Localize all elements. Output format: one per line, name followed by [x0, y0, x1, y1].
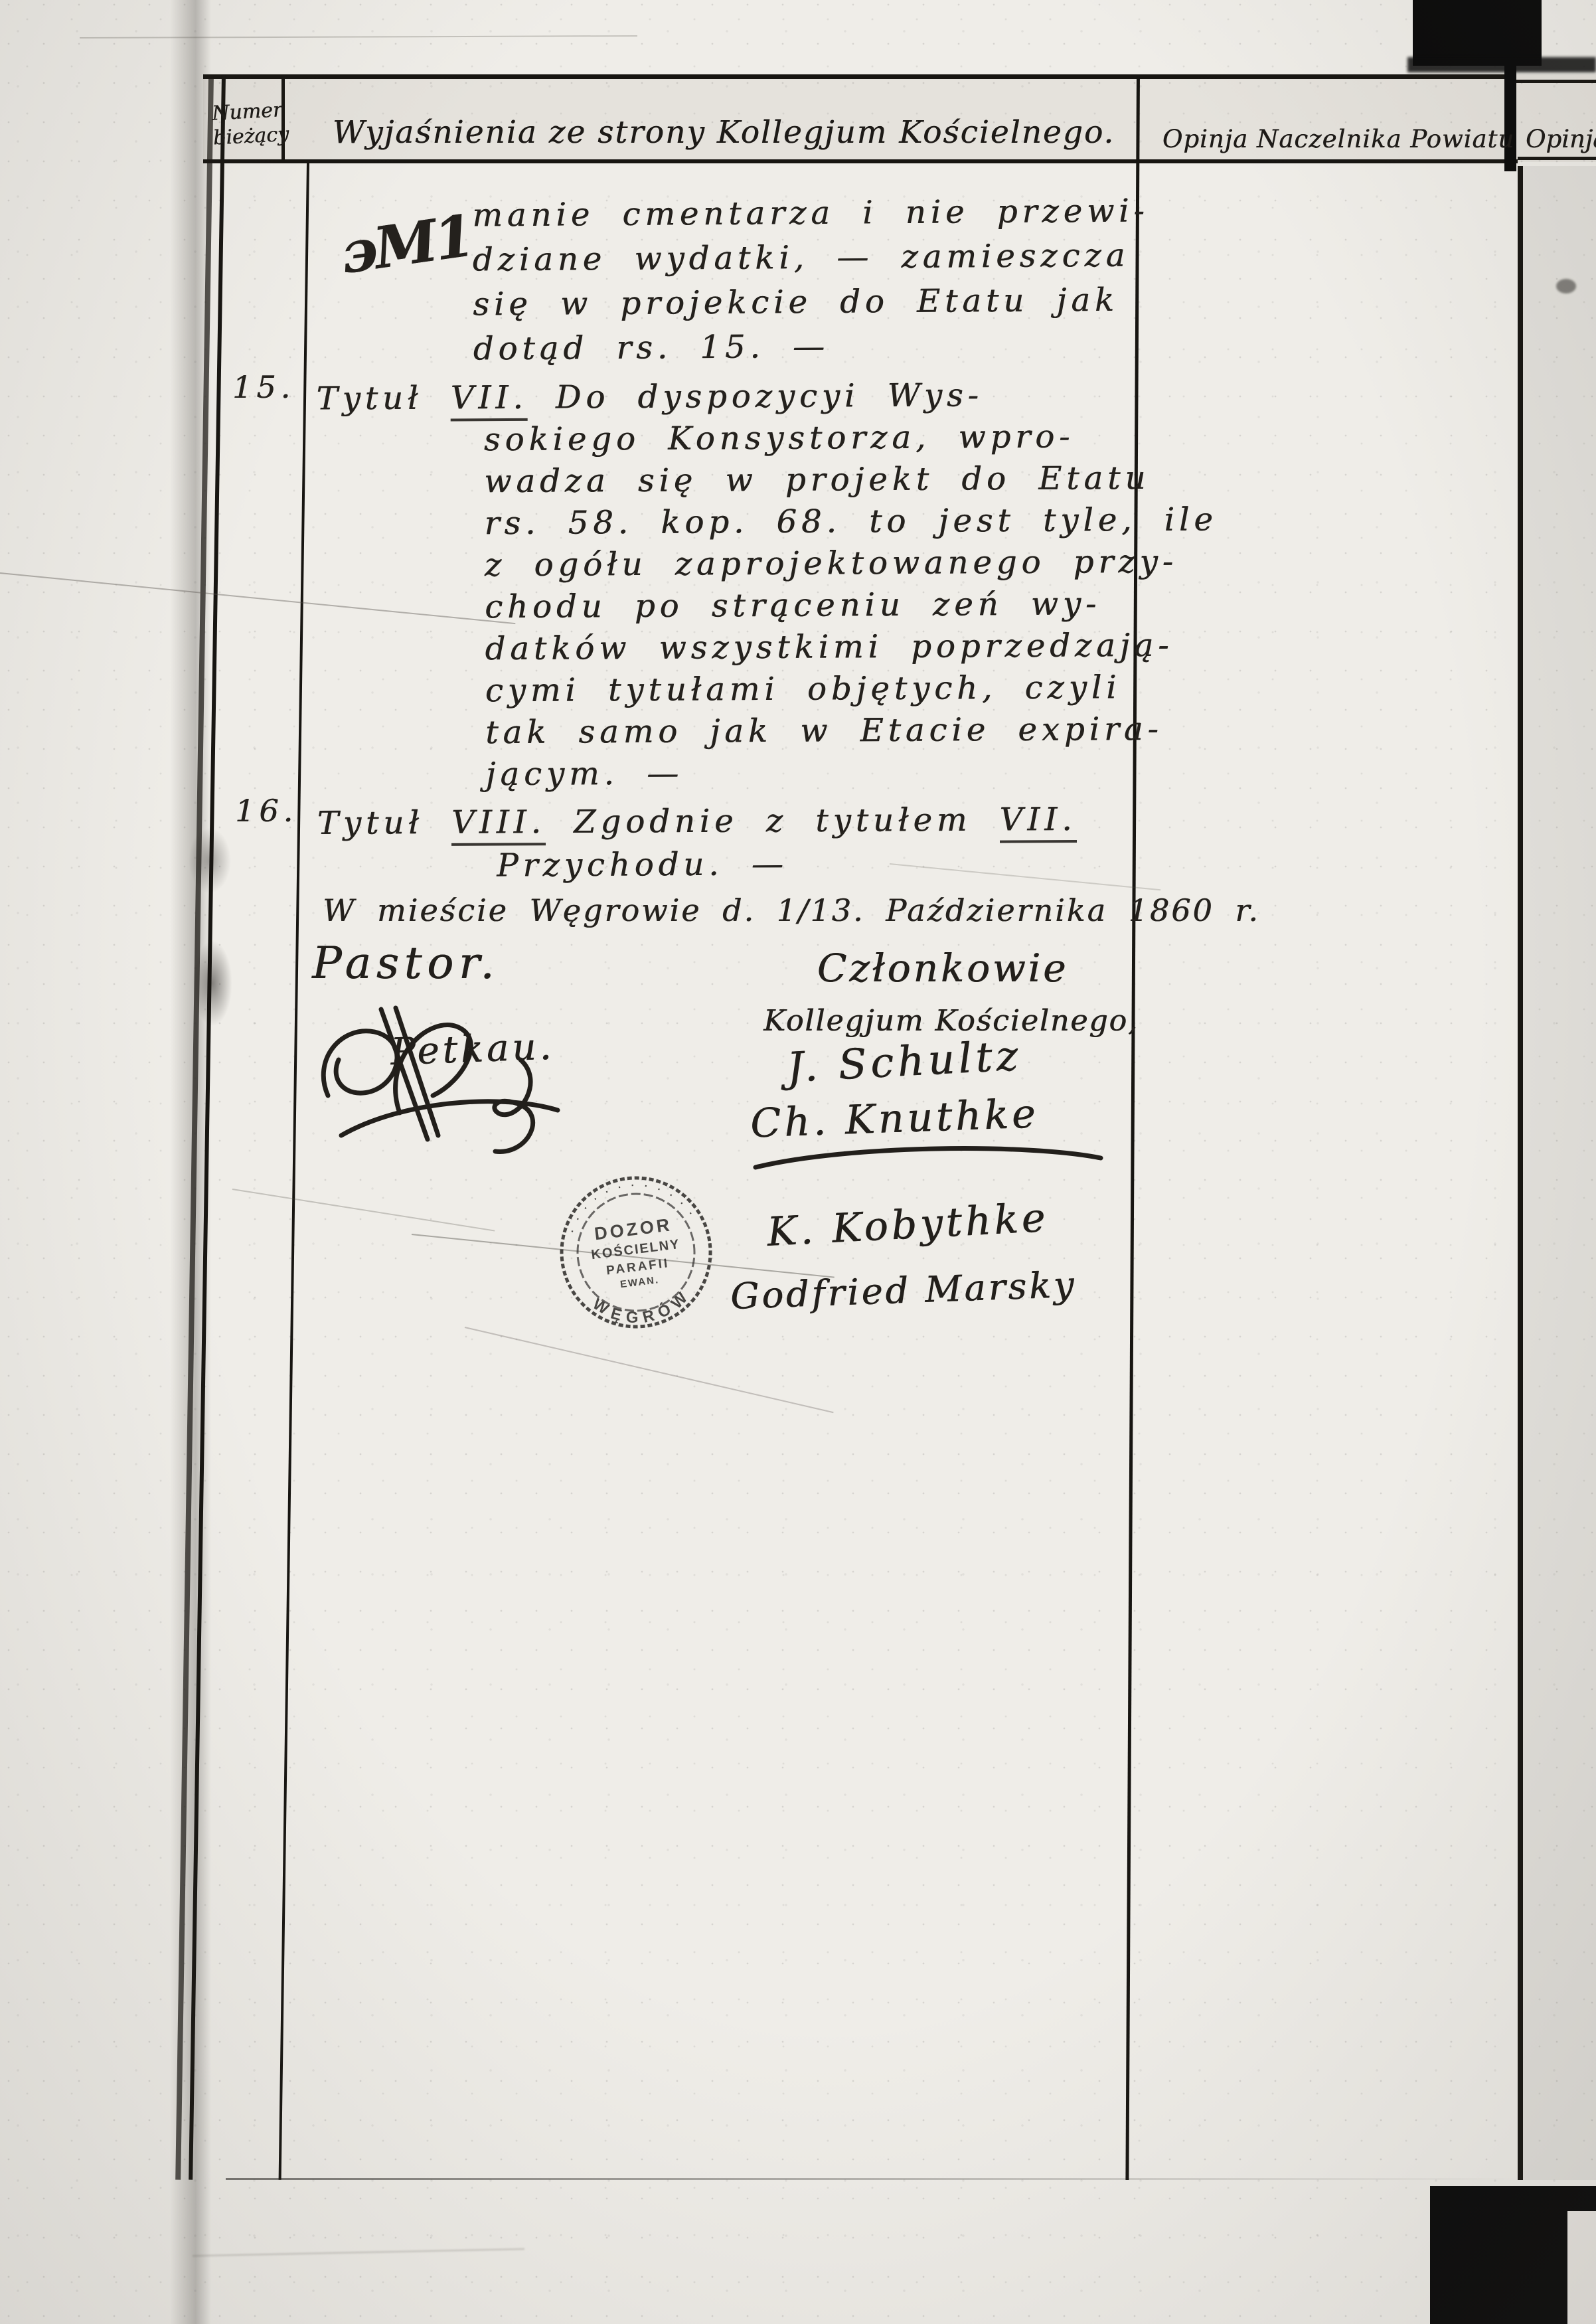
manuscript-line: Tytuł VII. Do dyspozycyi Wys-: [316, 373, 1217, 420]
pencil-line-left: [232, 1189, 495, 1232]
manuscript-line: wadza się w projekt do Etatu: [484, 457, 1218, 503]
manuscript-line: Przychodu. —: [497, 841, 1077, 888]
manuscript-line: Tytuł VIII. Zgodnie z tytułem VII.: [317, 798, 1077, 845]
paragraph-carryover: manie cmentarza i nie przewi- dziane wyd…: [472, 189, 1150, 371]
pastor-signature-name: Petkau.: [390, 1025, 555, 1074]
members-heading: Członkowie: [783, 946, 1102, 991]
stamp-line-ewan: EWAN.: [619, 1274, 660, 1290]
right-column-border: [1518, 166, 1523, 2180]
dateline: W mieście Węgrowie d. 1/13. Października…: [323, 892, 1260, 928]
pencil-line-lower: [465, 1327, 834, 1413]
manuscript-line: chodu po strąceniu zeń wy-: [485, 582, 1218, 628]
svg-text:WĘGRÓW: WĘGRÓW: [588, 1284, 698, 1333]
title-word: Tytuł: [316, 379, 450, 417]
film-marker-top-right: [1413, 0, 1542, 66]
manuscript-line: dotąd rs. 15. —: [473, 322, 1150, 371]
member-signature-1: J. Schultz: [785, 1031, 1022, 1092]
manuscript-line: manie cmentarza i nie przewi-: [472, 189, 1149, 238]
table-top-border: [203, 74, 1516, 79]
entry-number-15: 15.: [232, 369, 295, 405]
ink-smudge-border-2: [193, 940, 232, 1027]
header-bottom-border-right: [1518, 157, 1596, 160]
roman-numeral-vii: VII.: [451, 379, 528, 422]
header-col-opinion-district: Opinja Naczelnika Powiatu: [1153, 125, 1524, 153]
manuscript-line: cymi tytułami objętych, czyli: [485, 666, 1219, 712]
ink-smudge-border-1: [189, 827, 231, 894]
line-continuation: Zgodnie z tytułem: [546, 801, 1000, 841]
header-bottom-border: [203, 159, 1518, 163]
film-marker-notch: [1567, 2211, 1596, 2324]
table-bottom-rule: [226, 2178, 1520, 2180]
line-continuation: Do dyspozycyi Wys-: [527, 376, 983, 416]
manuscript-line: rs. 58. kop. 68. to jest tyle, ile: [484, 499, 1218, 544]
manuscript-line: datków wszystkimi poprzedzają-: [485, 624, 1218, 670]
member-signature-2: Ch. Knuthke: [750, 1090, 1040, 1147]
manuscript-line: z ogółu zaprojektowanego przy-: [485, 540, 1218, 586]
member-signature-2-flourish: [749, 1139, 1107, 1173]
manuscript-line: dziane wydatki, — zamieszcza: [473, 233, 1150, 282]
document-scan: Numer bieżący Wyjaśnienia ze strony Koll…: [0, 0, 1596, 2324]
roman-numeral-viii: VIII.: [451, 803, 546, 846]
film-smear-top-right: [1407, 57, 1596, 72]
member-signature-3: K. Kobythke: [765, 1195, 1049, 1256]
roman-numeral-vii-ref: VII.: [999, 801, 1076, 843]
paragraph-entry-16: Tytuł VIII. Zgodnie z tytułem VII. Przyc…: [317, 798, 1077, 888]
pastor-signature-flourish: [300, 981, 586, 1181]
entry-number-16: 16.: [235, 793, 297, 829]
parish-seal-stamp: · · · · · · · · · · · · DOZOR KOŚCIELNY …: [546, 1162, 726, 1343]
manuscript-line: tak samo jak w Etacie expira-: [485, 708, 1219, 754]
paragraph-entry-15: Tytuł VII. Do dyspozycyi Wys- sokiego Ko…: [316, 373, 1218, 796]
members-subheading: Kollegjum Kościelnego,: [763, 1004, 1109, 1038]
manuscript-line: się w projekcie do Etatu jak: [473, 278, 1150, 327]
paper-crease-bottom: [193, 2248, 524, 2257]
table-top-border-right: [1516, 80, 1596, 83]
header-col-number-line1: Numer: [211, 98, 281, 125]
title-word: Tytuł: [317, 804, 451, 842]
thick-column-divider: [1504, 61, 1516, 171]
manuscript-line: jącym. —: [485, 750, 1219, 795]
header-col-number: Numer bieżący: [211, 98, 283, 150]
header-col-number-line2: bieżący: [212, 122, 283, 150]
page-top-edge-line: [80, 35, 637, 39]
header-col-explanations: Wyjaśnienia ze strony Kollegjum Kościeln…: [312, 114, 1135, 151]
header-col-opinion-next-partial: Opinja s: [1526, 125, 1596, 153]
manuscript-line: sokiego Konsystorza, wpro-: [484, 415, 1218, 461]
stamp-arc-wegrow: WĘGRÓW: [588, 1284, 698, 1333]
marginal-mark: эM1: [336, 203, 476, 288]
adjacent-page-strip: [1523, 166, 1596, 2180]
stamp-line-parafii: PARAFII: [605, 1256, 670, 1278]
